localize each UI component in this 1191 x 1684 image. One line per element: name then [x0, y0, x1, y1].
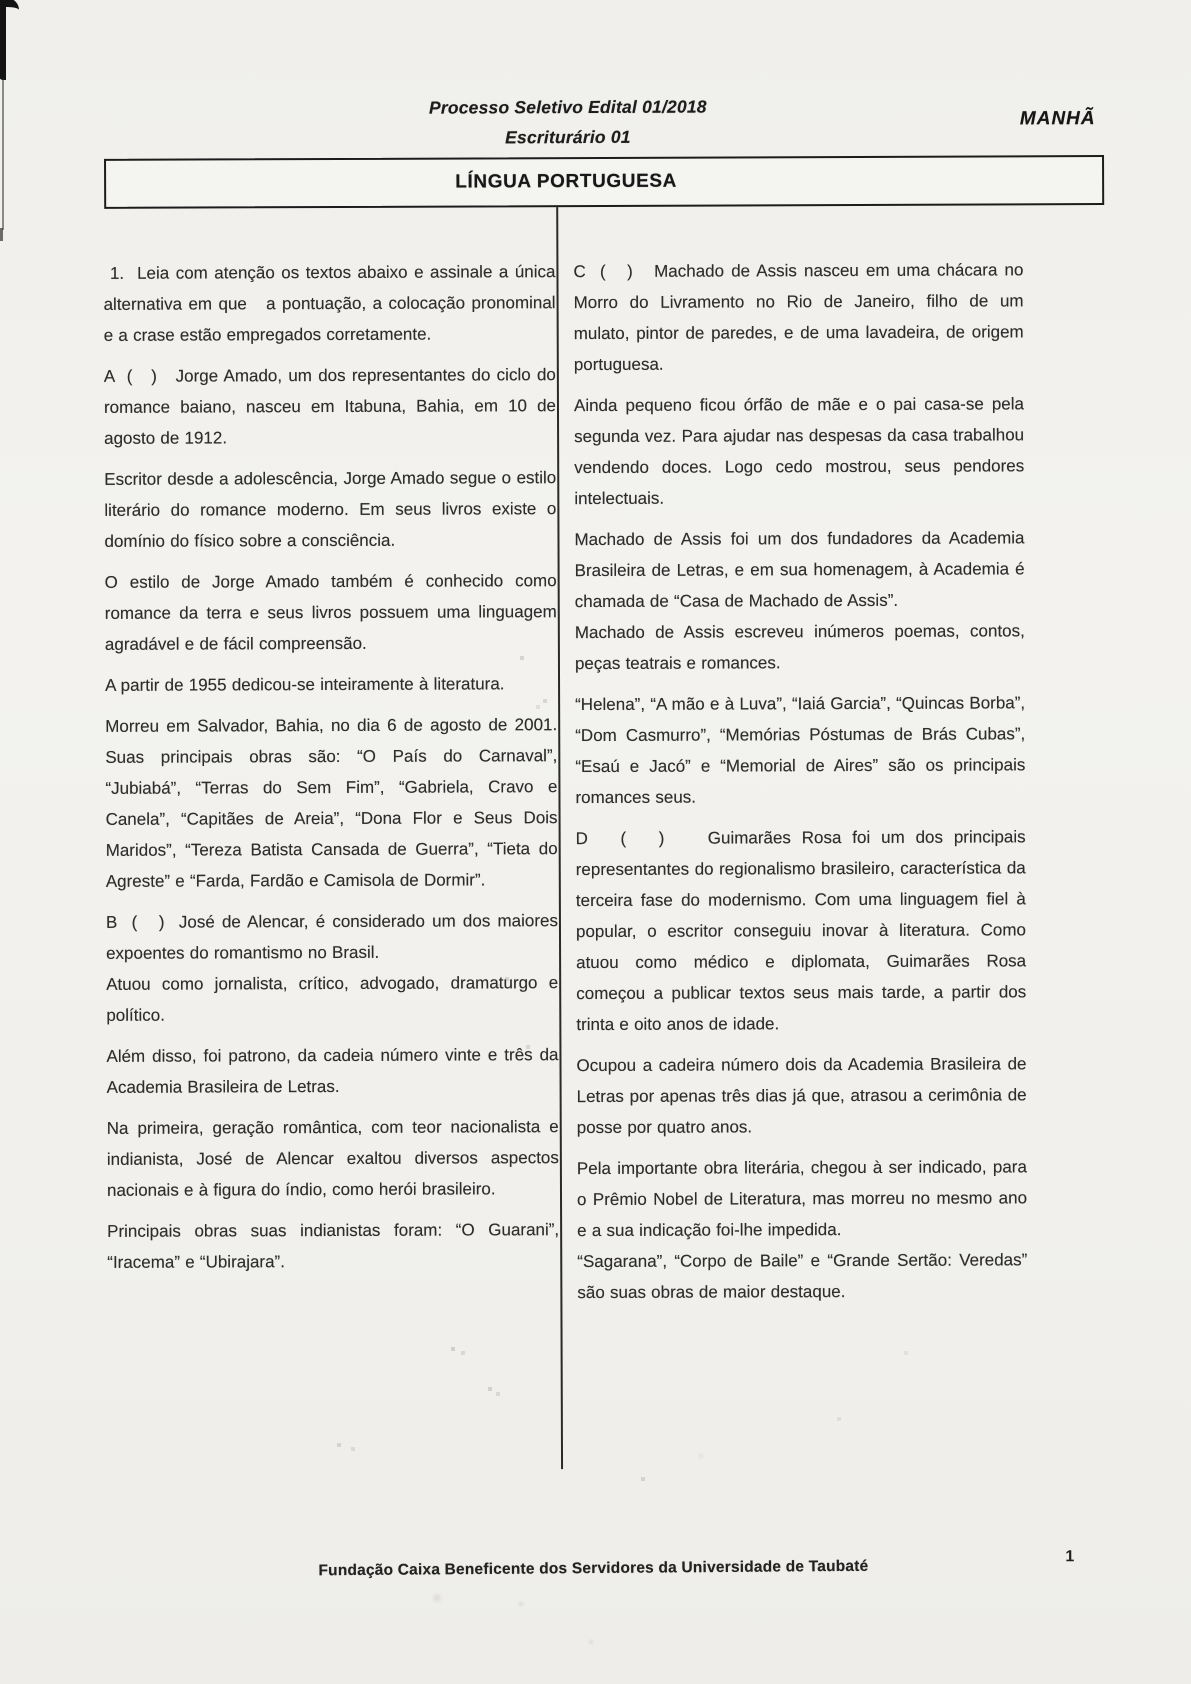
- exam-header: Processo Seletivo Edital 01/2018 Escritu…: [148, 90, 988, 153]
- option-a-p4: A partir de 1955 dedicou-se inteiramente…: [105, 668, 557, 701]
- two-column-text: 1. Leia com atenção os textos abaixo e a…: [103, 210, 1083, 214]
- option-c: C ( ) Machado de Assis nasceu em uma chá…: [573, 254, 1023, 380]
- exam-process-title: Processo Seletivo Edital 01/2018: [148, 90, 988, 123]
- option-d-p2: Ocupou a cadeira número dois da Academia…: [576, 1048, 1026, 1143]
- option-c-p5: “Helena”, “A mão e à Luva”, “Iaiá Garcia…: [575, 687, 1025, 813]
- option-d-p3: Pela importante obra literária, chegou à…: [577, 1151, 1027, 1246]
- question-1-stem: 1. Leia com atenção os textos abaixo e a…: [103, 256, 555, 351]
- left-column: 1. Leia com atenção os textos abaixo e a…: [103, 256, 559, 1288]
- section-title-box: LÍNGUA PORTUGUESA: [104, 155, 1104, 209]
- session-label: MANHÃ: [1020, 108, 1140, 130]
- option-c-p3: Machado de Assis foi um dos fundadores d…: [574, 522, 1024, 617]
- scanned-exam-page: Processo Seletivo Edital 01/2018 Escritu…: [0, 0, 1191, 1684]
- option-b-p3: Além disso, foi patrono, da cadeia númer…: [106, 1039, 558, 1103]
- document-sheet: Processo Seletivo Edital 01/2018 Escritu…: [0, 0, 1191, 1684]
- option-b-p2: Atuou como jornalista, crítico, advogado…: [106, 967, 558, 1031]
- option-b: B ( ) José de Alencar, é considerado um …: [106, 905, 558, 969]
- footer-institution: Fundação Caixa Beneficente dos Servidore…: [318, 1558, 868, 1581]
- option-a-p3: O estilo de Jorge Amado também é conheci…: [105, 565, 557, 660]
- page-number: 1: [1065, 1548, 1074, 1566]
- option-b-p5: Principais obras suas indianistas foram:…: [107, 1214, 559, 1278]
- section-title: LÍNGUA PORTUGUESA: [455, 171, 677, 194]
- option-a: A ( ) Jorge Amado, um dos representantes…: [104, 359, 556, 454]
- right-column: C ( ) Machado de Assis nasceu em uma chá…: [573, 254, 1027, 1318]
- option-c-p4: Machado de Assis escreveu inúmeros poema…: [575, 615, 1025, 679]
- page-footer: Fundação Caixa Beneficente dos Servidore…: [3, 1558, 1191, 1581]
- option-a-p2: Escritor desde a adolescência, Jorge Ama…: [104, 462, 556, 557]
- option-b-p4: Na primeira, geração romântica, com teor…: [107, 1111, 559, 1206]
- option-d: D ( ) Guimarães Rosa foi um dos principa…: [576, 821, 1027, 1040]
- option-a-p5: Morreu em Salvador, Bahia, no dia 6 de a…: [105, 709, 558, 897]
- option-c-p2: Ainda pequeno ficou órfão de mãe e o pai…: [574, 388, 1024, 514]
- option-d-p4: “Sagarana”, “Corpo de Baile” e “Grande S…: [577, 1244, 1027, 1308]
- exam-role-title: Escriturário 01: [148, 120, 988, 153]
